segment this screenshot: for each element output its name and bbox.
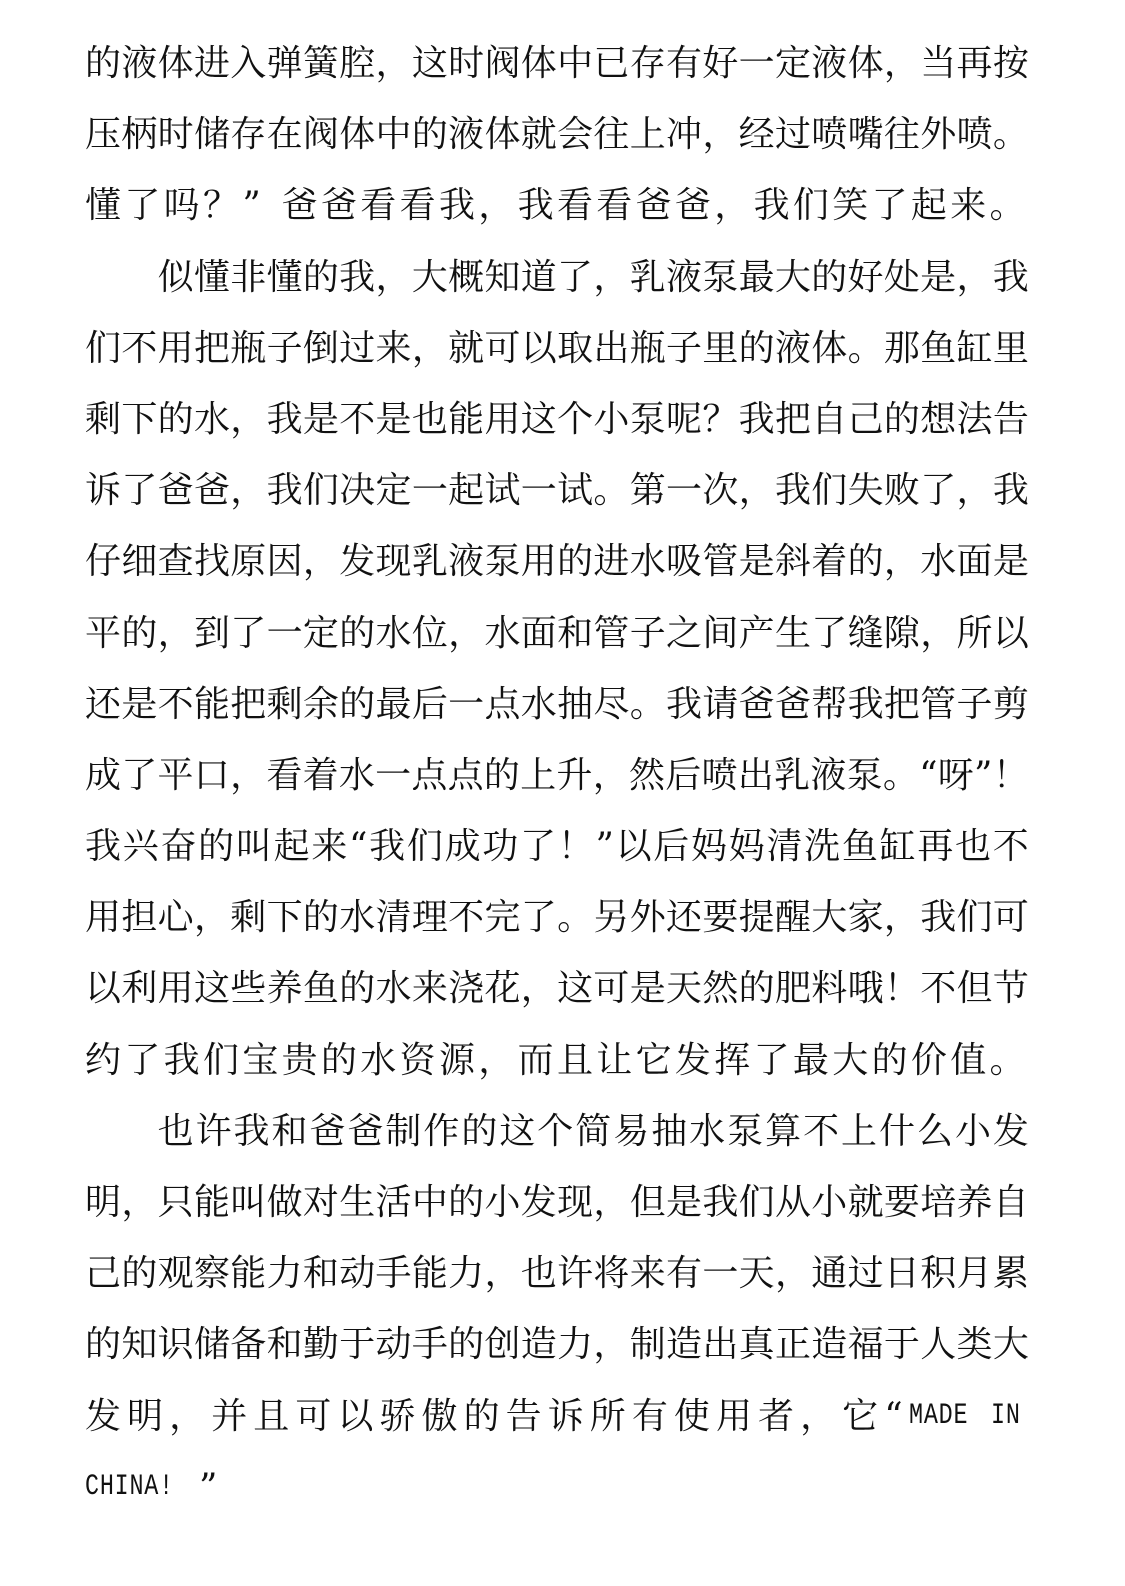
glyph: 养 [267, 953, 303, 1024]
glyph: 面 [957, 526, 993, 597]
glyph: 发 [521, 1167, 557, 1238]
glyph: 一 [412, 455, 448, 526]
glyph: 时 [158, 99, 194, 170]
glyph: 泵 [727, 1096, 763, 1167]
glyph: 傲 [422, 1381, 458, 1452]
glyph: 嘴 [848, 99, 884, 170]
glyph: 缝 [848, 598, 884, 669]
glyph: 们 [957, 882, 993, 953]
glyph: 明 [127, 1381, 163, 1452]
glyph: 不 [920, 953, 956, 1024]
glyph: 泵 [630, 384, 666, 455]
glyph: 和 [303, 1238, 339, 1309]
glyph: 了 [121, 455, 157, 526]
glyph: 所 [590, 1381, 626, 1452]
glyph: 好 [848, 242, 884, 313]
glyph: 爸 [775, 669, 811, 740]
glyph: 上 [520, 740, 556, 811]
glyph: 于 [339, 1309, 375, 1380]
glyph: 把 [775, 384, 811, 455]
glyph: 创 [484, 1309, 520, 1380]
glyph: 也 [521, 1238, 557, 1309]
glyph: 的 [339, 598, 375, 669]
glyph: 妈 [691, 811, 727, 882]
glyph: 手 [376, 1238, 412, 1309]
glyph: ， [484, 1238, 520, 1309]
glyph: 里 [702, 313, 738, 384]
glyph: 动 [376, 1309, 412, 1380]
glyph: ， [800, 1381, 836, 1452]
glyph: 就 [848, 1167, 884, 1238]
glyph: ” [242, 170, 281, 241]
glyph: 小 [955, 1096, 991, 1167]
glyph: 告 [993, 384, 1029, 455]
glyph: 诉 [548, 1381, 584, 1452]
glyph: 们 [85, 313, 121, 384]
glyph: 明 [85, 1167, 121, 1238]
glyph: 呀 [938, 740, 974, 811]
text-line: 剩下的水，我是不是也能用这个小泵呢？我把自己的想法告 [85, 384, 1029, 455]
text-line: 约了我们宝贵的水资源，而且让它发挥了最大的价值。 [85, 1025, 1029, 1096]
glyph: 体 [339, 99, 375, 170]
glyph: 的 [321, 1025, 360, 1096]
glyph: 水 [360, 1025, 399, 1096]
glyph: ， [375, 242, 411, 313]
glyph: 的 [557, 526, 593, 597]
glyph: 了 [872, 170, 911, 241]
glyph: 是 [920, 242, 956, 313]
glyph: 最 [376, 669, 412, 740]
glyph: 力 [557, 1309, 593, 1380]
glyph: 易 [613, 1096, 649, 1167]
glyph: 试 [484, 455, 520, 526]
glyph: 下 [267, 882, 303, 953]
glyph: 成 [85, 740, 121, 811]
glyph: 的 [85, 1309, 121, 1380]
glyph: 培 [920, 1167, 956, 1238]
glyph: 的 [464, 1381, 500, 1452]
glyph: 柄 [121, 99, 157, 170]
glyph: 用 [484, 384, 520, 455]
latin-text: IN [991, 1381, 1021, 1452]
glyph: 液 [448, 99, 484, 170]
glyph: 位 [412, 598, 448, 669]
glyph: 所 [957, 598, 993, 669]
glyph: 体 [484, 99, 520, 170]
glyph: 大 [993, 1309, 1029, 1380]
glyph: 我 [739, 384, 775, 455]
glyph: 冲 [666, 99, 702, 170]
glyph: ！ [993, 740, 1029, 811]
glyph: 真 [739, 1309, 775, 1380]
glyph: 的 [198, 811, 234, 882]
glyph: 不 [339, 384, 375, 455]
glyph: 也 [955, 811, 991, 882]
text-line: 平的，到了一定的水位，水面和管子之间产生了缝隙，所以 [85, 598, 1029, 669]
glyph: 阀 [303, 99, 339, 170]
glyph: 起 [911, 170, 950, 241]
glyph: 它 [636, 1025, 675, 1096]
glyph: 这 [557, 953, 593, 1024]
glyph: 爸 [675, 170, 714, 241]
glyph: 失 [848, 455, 884, 526]
latin-text: MADE [909, 1381, 968, 1452]
glyph: 剪 [993, 669, 1029, 740]
glyph: 平 [85, 598, 121, 669]
glyph: 不 [803, 1096, 839, 1167]
glyph: 的 [339, 669, 375, 740]
glyph: 小 [811, 1167, 847, 1238]
glyph: 识 [158, 1309, 194, 1380]
glyph: 抽 [651, 1096, 687, 1167]
glyph: 那 [884, 313, 920, 384]
glyph: 造 [521, 1309, 557, 1380]
glyph: ” [199, 1452, 272, 1523]
glyph: 许 [196, 1096, 232, 1167]
glyph: 通 [811, 1238, 847, 1309]
glyph: 一 [739, 28, 775, 99]
glyph: 把 [230, 669, 266, 740]
glyph: ， [121, 1167, 157, 1238]
glyph: 积 [920, 1238, 956, 1309]
glyph: 体 [158, 28, 194, 99]
glyph: 取 [557, 313, 593, 384]
glyph: 。 [990, 170, 1029, 241]
glyph: 的 [339, 953, 375, 1024]
glyph: ， [593, 242, 629, 313]
glyph: 许 [557, 1238, 593, 1309]
glyph: 斜 [775, 526, 811, 597]
glyph: ， [956, 242, 992, 313]
glyph: ” [974, 740, 992, 811]
glyph: 浇 [448, 953, 484, 1024]
glyph: 水 [630, 526, 666, 597]
glyph: 么 [917, 1096, 953, 1167]
glyph: ， [376, 28, 412, 99]
glyph: 过 [339, 313, 375, 384]
glyph: 按 [993, 28, 1029, 99]
glyph: 中 [412, 1167, 448, 1238]
glyph: 下 [121, 384, 157, 455]
glyph: 力 [448, 1238, 484, 1309]
glyph: 细 [121, 526, 157, 597]
glyph: 小 [593, 384, 629, 455]
glyph: 醒 [775, 882, 811, 953]
glyph: 不 [993, 811, 1029, 882]
glyph: 水 [339, 740, 375, 811]
glyph: 液 [448, 526, 484, 597]
glyph: 鱼 [920, 313, 956, 384]
glyph: 剩 [267, 669, 303, 740]
glyph: 子 [957, 669, 993, 740]
glyph: 来 [950, 170, 989, 241]
glyph: 储 [194, 99, 230, 170]
glyph: 我 [848, 669, 884, 740]
glyph: 要 [884, 1167, 920, 1238]
glyph: 液 [666, 242, 702, 313]
glyph: 点 [484, 669, 520, 740]
text-line: 发明，并且可以骄傲的告诉所有使用者，它“MADEIN [85, 1381, 1029, 1452]
glyph: 我 [267, 455, 303, 526]
glyph: 定 [303, 598, 339, 669]
glyph: 和 [272, 1096, 308, 1167]
glyph: 类 [957, 1309, 993, 1380]
glyph: 人 [920, 1309, 956, 1380]
glyph: 日 [884, 1238, 920, 1309]
glyph: 但 [957, 953, 993, 1024]
glyph: 。 [557, 882, 593, 953]
glyph: 试 [557, 455, 593, 526]
glyph: ， [593, 1167, 629, 1238]
glyph: “ [884, 1381, 902, 1452]
glyph: 且 [253, 1381, 289, 1452]
glyph: 过 [848, 1238, 884, 1309]
glyph: ” [595, 811, 613, 882]
glyph: ， [920, 598, 956, 669]
glyph: ， [478, 1025, 517, 1096]
glyph: 是 [121, 669, 157, 740]
glyph: 察 [194, 1238, 230, 1309]
glyph: 。 [993, 99, 1029, 170]
glyph: 的 [412, 99, 448, 170]
glyph: 对 [303, 1167, 339, 1238]
glyph: 爸 [158, 455, 194, 526]
glyph: 是 [993, 526, 1029, 597]
glyph: 余 [303, 669, 339, 740]
glyph: 了 [520, 811, 556, 882]
glyph: 管 [702, 526, 738, 597]
glyph: 担 [121, 882, 157, 953]
glyph: 爸 [282, 170, 321, 241]
glyph: 这 [521, 384, 557, 455]
glyph: 来 [630, 1238, 666, 1309]
glyph: 我 [775, 455, 811, 526]
text-line: 成了平口，看着水一点点的上升，然后喷出乳液泵。“呀”！ [85, 740, 1029, 811]
glyph: 水 [484, 598, 520, 669]
glyph: 而 [518, 1025, 557, 1096]
text-line: 明，只能叫做对生活中的小发现，但是我们从小就要培养自 [85, 1167, 1029, 1238]
glyph: 储 [194, 1309, 230, 1380]
glyph: 我 [920, 882, 956, 953]
glyph: 好 [702, 28, 738, 99]
glyph: 是 [376, 384, 412, 455]
glyph: 己 [85, 1238, 121, 1309]
glyph: 福 [848, 1309, 884, 1380]
text-line: 们不用把瓶子倒过来，就可以取出瓶子里的液体。那鱼缸里 [85, 313, 1029, 384]
glyph: 使 [674, 1381, 710, 1452]
glyph: 着 [303, 740, 339, 811]
glyph: ， [521, 953, 557, 1024]
glyph: ， [884, 526, 920, 597]
glyph: 后 [665, 740, 701, 811]
glyph: 叫 [230, 1167, 266, 1238]
glyph: 已 [593, 28, 629, 99]
glyph: ， [593, 1309, 629, 1380]
glyph: 道 [521, 242, 557, 313]
glyph: 了 [920, 455, 956, 526]
glyph: 。 [593, 455, 629, 526]
glyph: 个 [537, 1096, 573, 1167]
glyph: 勤 [303, 1309, 339, 1380]
glyph: 还 [666, 882, 702, 953]
glyph: 外 [920, 99, 956, 170]
glyph: 们 [739, 1167, 775, 1238]
glyph: 吸 [666, 526, 702, 597]
glyph: 的 [884, 384, 920, 455]
glyph: 这 [499, 1096, 535, 1167]
glyph: 用 [85, 882, 121, 953]
glyph: ， [448, 598, 484, 669]
glyph: 吗 [164, 170, 203, 241]
glyph: 且 [557, 1025, 596, 1096]
glyph: 能 [412, 1238, 448, 1309]
glyph: 缸 [880, 811, 916, 882]
glyph: 能 [194, 669, 230, 740]
glyph: 出 [593, 313, 629, 384]
glyph: 有 [666, 1238, 702, 1309]
glyph: ？ [702, 384, 738, 455]
glyph: 后 [653, 811, 689, 882]
glyph: 值 [950, 1025, 989, 1096]
glyph: ， [303, 526, 339, 597]
glyph: 让 [596, 1025, 635, 1096]
glyph: 利 [121, 953, 157, 1024]
glyph: 些 [230, 953, 266, 1024]
glyph: 发 [993, 1096, 1029, 1167]
glyph: 我 [369, 811, 405, 882]
glyph: 现 [376, 526, 412, 597]
glyph: 败 [884, 455, 920, 526]
glyph: 贵 [282, 1025, 321, 1096]
glyph: 入 [230, 28, 266, 99]
glyph: 爸 [309, 1096, 345, 1167]
glyph: 体 [521, 28, 557, 99]
glyph: 。 [990, 1025, 1029, 1096]
glyph: ， [412, 313, 448, 384]
glyph: 乳 [412, 526, 448, 597]
glyph: 不 [448, 882, 484, 953]
glyph: 能 [230, 1238, 266, 1309]
glyph: 节 [993, 953, 1029, 1024]
glyph: 是 [666, 1167, 702, 1238]
glyph: 的 [303, 242, 339, 313]
glyph: 是 [303, 384, 339, 455]
glyph: 了 [557, 242, 593, 313]
glyph: 腔 [339, 28, 375, 99]
glyph: 喷 [811, 99, 847, 170]
glyph: 当 [920, 28, 956, 99]
glyph: 是 [630, 953, 666, 1024]
glyph: ， [230, 455, 266, 526]
glyph: 的 [461, 1096, 497, 1167]
glyph: 用 [158, 953, 194, 1024]
glyph: 告 [506, 1381, 542, 1452]
glyph: 尽 [593, 669, 629, 740]
glyph: ， [478, 170, 517, 241]
glyph: 体 [811, 313, 847, 384]
glyph: 将 [593, 1238, 629, 1309]
glyph: 料 [811, 953, 847, 1024]
glyph: 能 [194, 1167, 230, 1238]
glyph: 来 [311, 811, 347, 882]
glyph: 概 [448, 242, 484, 313]
glyph: 另 [593, 882, 629, 953]
glyph: 到 [194, 598, 230, 669]
glyph: 上 [841, 1096, 877, 1167]
glyph: 鱼 [303, 953, 339, 1024]
glyph: 资 [400, 1025, 439, 1096]
glyph: 法 [957, 384, 993, 455]
glyph: 正 [775, 1309, 811, 1380]
glyph: 喷 [957, 99, 993, 170]
glyph: 里 [993, 313, 1029, 384]
glyph: 一 [448, 669, 484, 740]
glyph: 们 [407, 811, 443, 882]
glyph: 爸 [739, 669, 775, 740]
glyph: 水 [376, 953, 412, 1024]
glyph: 大 [412, 242, 448, 313]
glyph: 并 [211, 1381, 247, 1452]
glyph: 们 [793, 170, 832, 241]
glyph: 口 [194, 740, 230, 811]
glyph: 的 [739, 313, 775, 384]
glyph: 了 [124, 1025, 163, 1096]
glyph: 管 [593, 598, 629, 669]
glyph: 最 [739, 242, 775, 313]
glyph: 大 [811, 882, 847, 953]
glyph: 心 [158, 882, 194, 953]
glyph: 大 [832, 1025, 871, 1096]
glyph: 是 [739, 526, 775, 597]
glyph: 定 [775, 28, 811, 99]
glyph: 的 [448, 1309, 484, 1380]
glyph: 就 [521, 99, 557, 170]
glyph: 来 [412, 953, 448, 1024]
glyph: 也 [412, 384, 448, 455]
glyph: 这 [412, 28, 448, 99]
glyph: 备 [230, 1309, 266, 1380]
glyph: 天 [739, 1238, 775, 1309]
glyph: 的 [121, 598, 157, 669]
glyph: 和 [557, 598, 593, 669]
glyph: 造 [811, 1309, 847, 1380]
glyph: 一 [267, 598, 303, 669]
glyph: 挥 [714, 1025, 753, 1096]
glyph: 提 [739, 882, 775, 953]
glyph: 簧 [303, 28, 339, 99]
glyph: 帮 [811, 669, 847, 740]
glyph: 功 [482, 811, 518, 882]
glyph: 制 [630, 1309, 666, 1380]
glyph: 的 [872, 1025, 911, 1096]
glyph: 中 [376, 99, 412, 170]
text-line: 己的观察能力和动手能力，也许将来有一天，通过日积月累 [85, 1238, 1029, 1309]
glyph: 生 [339, 1167, 375, 1238]
glyph: ， [714, 170, 753, 241]
glyph: 的 [848, 526, 884, 597]
glyph: 活 [376, 1167, 412, 1238]
glyph: 出 [702, 1309, 738, 1380]
glyph: 看 [360, 170, 399, 241]
glyph: 一 [521, 455, 557, 526]
glyph: 点 [448, 740, 484, 811]
glyph: 的 [85, 28, 121, 99]
glyph: 再 [917, 811, 953, 882]
glyph: 处 [884, 242, 920, 313]
glyph: 鱼 [842, 811, 878, 882]
glyph: 我 [234, 1096, 270, 1167]
glyph: “ [919, 740, 937, 811]
